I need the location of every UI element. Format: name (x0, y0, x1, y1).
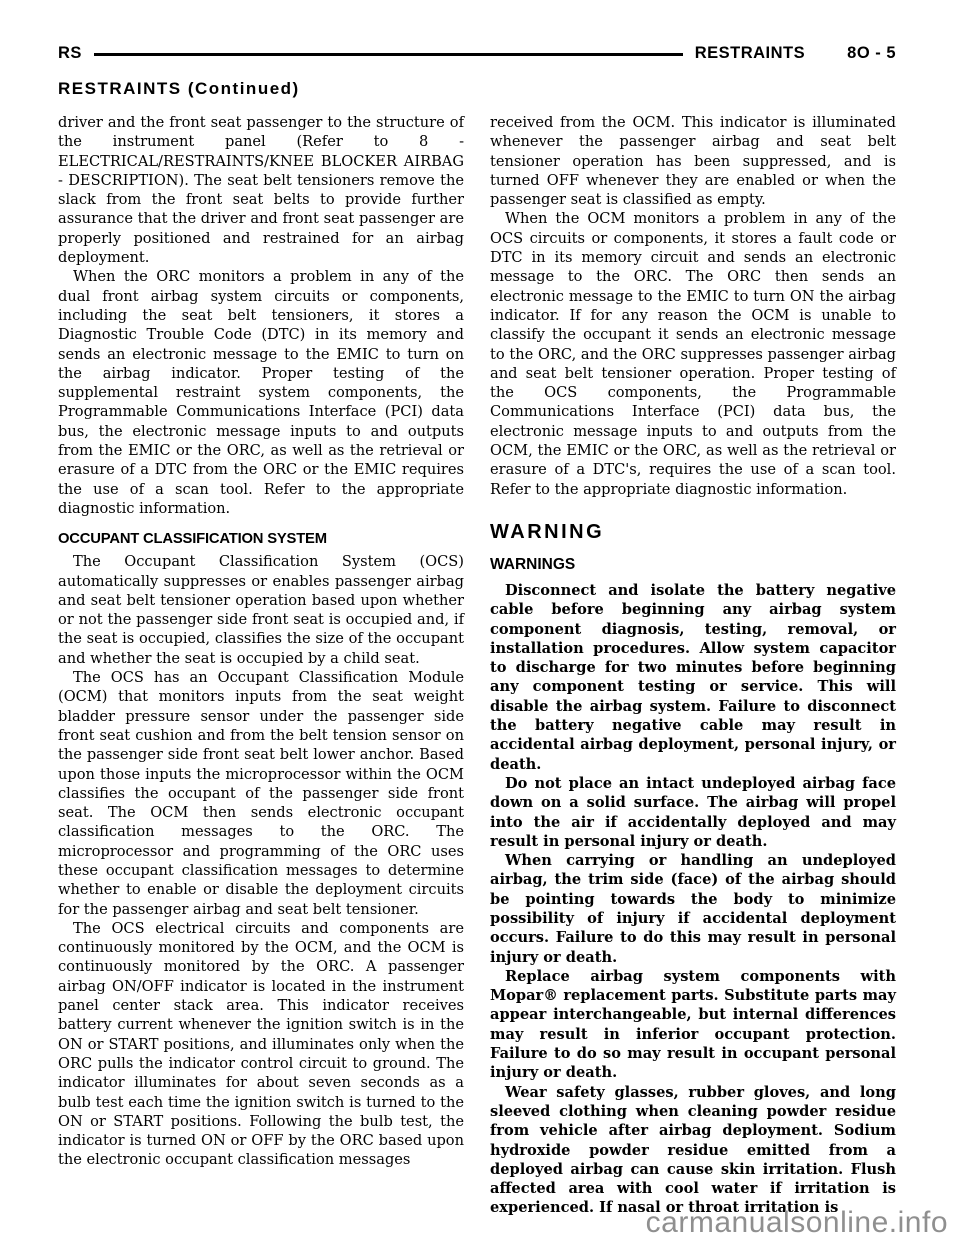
header-rule (94, 53, 683, 56)
section-heading: OCCUPANT CLASSIFICATION SYSTEM (58, 531, 464, 547)
paragraph: received from the OCM. This indicator is… (490, 113, 896, 209)
continued-section-title: RESTRAINTS (Continued) (58, 79, 896, 99)
paragraph: When the ORC monitors a problem in any o… (58, 267, 464, 518)
two-column-body: driver and the front seat passenger to t… (58, 113, 896, 1218)
paragraph: The OCS electrical circuits and componen… (58, 919, 464, 1170)
page-header: RS RESTRAINTS 8O - 5 (58, 44, 896, 63)
paragraph: The OCS has an Occupant Classification M… (58, 668, 464, 919)
warnings-subheading: WARNINGS (490, 556, 896, 574)
paragraph: When the OCM monitors a problem in any o… (490, 209, 896, 498)
header-page-number: 8O - 5 (847, 44, 896, 63)
manual-page: RS RESTRAINTS 8O - 5 RESTRAINTS (Continu… (0, 0, 960, 1242)
warning-paragraph: Wear safety glasses, rubber gloves, and … (490, 1083, 896, 1218)
warning-paragraph: When carrying or handling an undeployed … (490, 851, 896, 967)
left-column: driver and the front seat passenger to t… (58, 113, 464, 1218)
right-column: received from the OCM. This indicator is… (490, 113, 896, 1218)
warning-paragraph: Disconnect and isolate the battery negat… (490, 581, 896, 774)
header-section-title: RESTRAINTS (695, 44, 805, 63)
watermark: carmanualsonline.info (646, 1206, 948, 1240)
paragraph: The Occupant Classification System (OCS)… (58, 552, 464, 668)
warning-paragraph: Do not place an intact undeployed airbag… (490, 774, 896, 851)
warning-paragraph: Replace airbag system components with Mo… (490, 967, 896, 1083)
paragraph: driver and the front seat passenger to t… (58, 113, 464, 267)
header-model-code: RS (58, 44, 82, 63)
warning-heading: WARNING (490, 521, 896, 544)
